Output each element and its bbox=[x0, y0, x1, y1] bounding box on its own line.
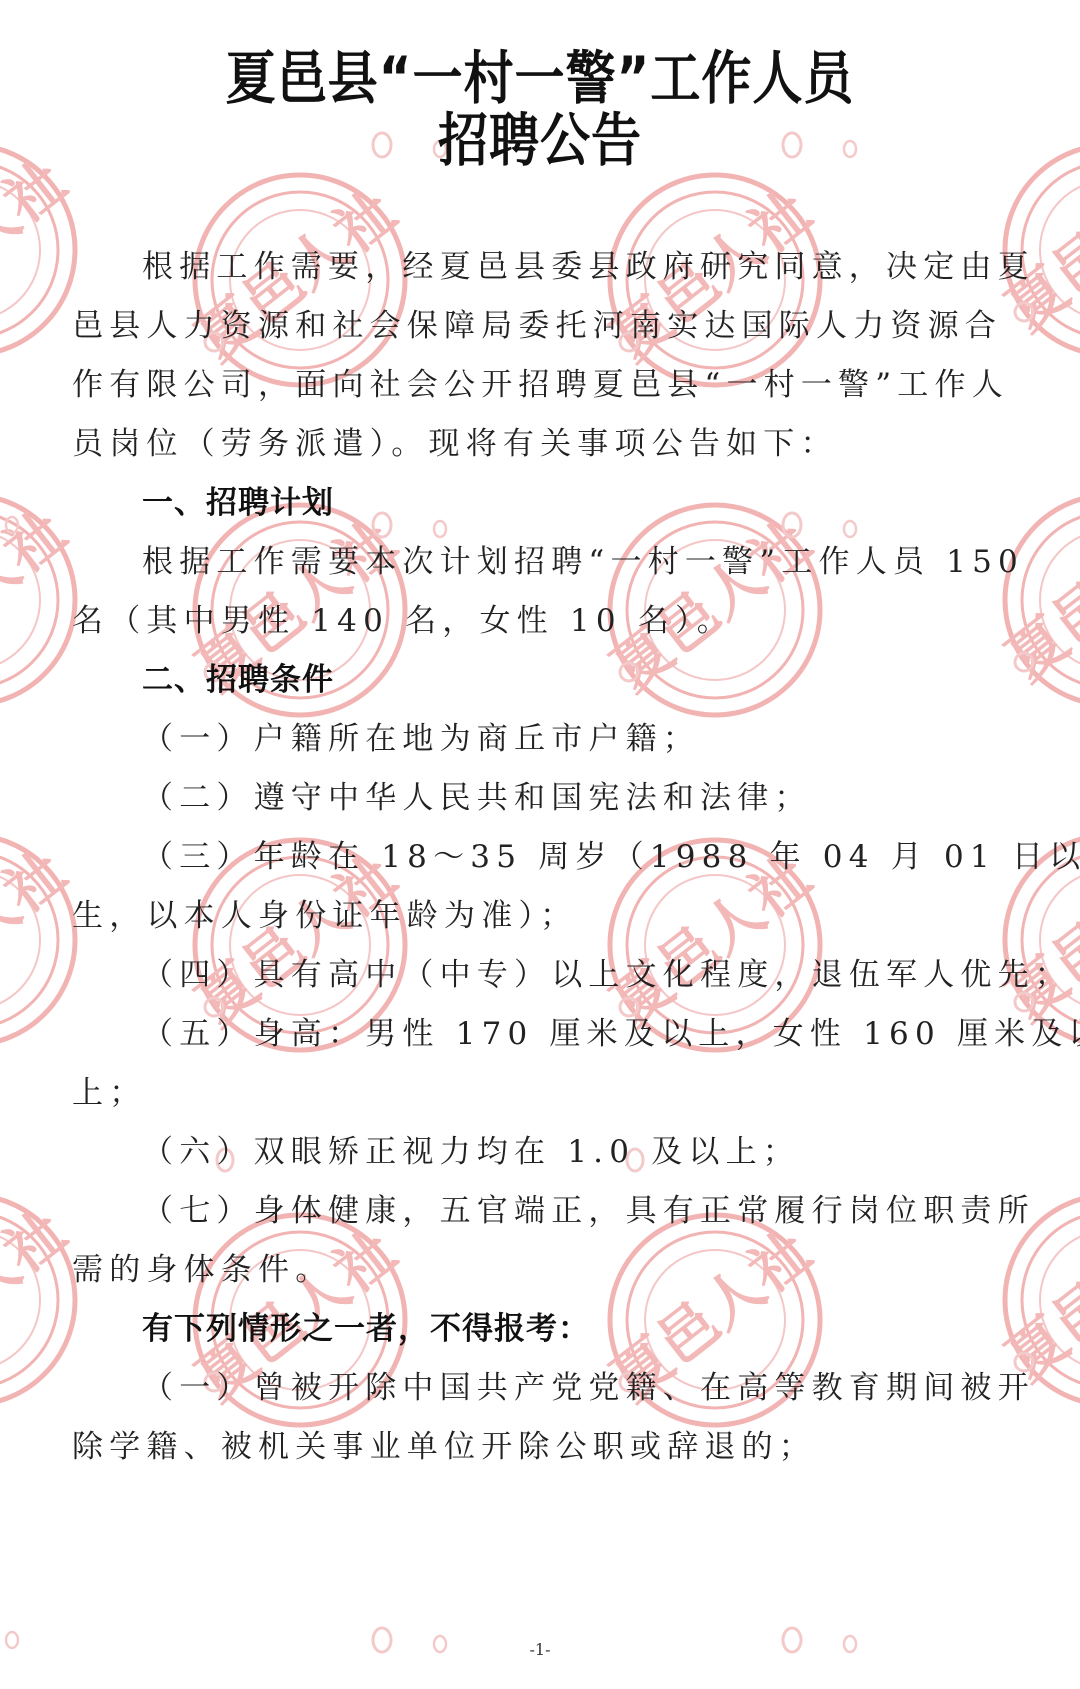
condition-item-continued: 需的身体条件。 bbox=[72, 1250, 332, 1290]
condition-item: （二）遵守中华人民共和国宪法和法律； bbox=[142, 778, 812, 818]
condition-item: （三）年龄在 18～35 周岁（1988 年 04 月 01 日以后出 bbox=[142, 837, 1080, 877]
intro-paragraph-line: 员岗位（劳务派遣）。现将有关事项公告如下： bbox=[72, 424, 838, 464]
section-heading-conditions: 二、招聘条件 bbox=[142, 660, 334, 700]
section-heading-recruitment-plan: 一、招聘计划 bbox=[142, 483, 334, 523]
exclusion-item: （一）曾被开除中国共产党党籍、在高等教育期间被开 bbox=[142, 1368, 1035, 1408]
condition-item: （五）身高：男性 170 厘米及以上，女性 160 厘米及以 bbox=[142, 1014, 1080, 1054]
exclusion-item-continued: 除学籍、被机关事业单位开除公职或辞退的； bbox=[72, 1427, 816, 1467]
condition-item-continued: 上； bbox=[72, 1073, 146, 1113]
condition-item: （六）双眼矫正视力均在 1.0 及以上； bbox=[142, 1132, 800, 1172]
condition-item: （四）具有高中（中专）以上文化程度，退伍军人优先； bbox=[142, 955, 1072, 995]
document-page: 夏邑县“一村一警”工作人员 招聘公告 根据工作需要，经夏邑县委县政府研究同意，决… bbox=[0, 0, 1080, 1689]
intro-paragraph-line: 作有限公司，面向社会公开招聘夏邑县“一村一警”工作人 bbox=[72, 365, 1009, 405]
recruitment-plan-line: 根据工作需要本次计划招聘“一村一警”工作人员 150 bbox=[142, 542, 1024, 582]
condition-item-continued: 生，以本人身份证年龄为准）； bbox=[72, 896, 577, 936]
condition-item: （一）户籍所在地为商丘市户籍； bbox=[142, 719, 700, 759]
condition-item: （七）身体健康，五官端正，具有正常履行岗位职责所 bbox=[142, 1191, 1035, 1231]
intro-paragraph-line: 根据工作需要，经夏邑县委县政府研究同意，决定由夏 bbox=[142, 247, 1035, 287]
exclusions-heading: 有下列情形之一者，不得报考： bbox=[142, 1309, 590, 1349]
page-number: -1- bbox=[0, 1640, 1080, 1659]
document-title-line2: 招聘公告 bbox=[0, 95, 1080, 178]
recruitment-plan-line: 名（其中男性 140 名，女性 10 名）。 bbox=[72, 601, 734, 641]
intro-paragraph-line: 邑县人力资源和社会保障局委托河南实达国际人力资源合 bbox=[72, 306, 1002, 346]
